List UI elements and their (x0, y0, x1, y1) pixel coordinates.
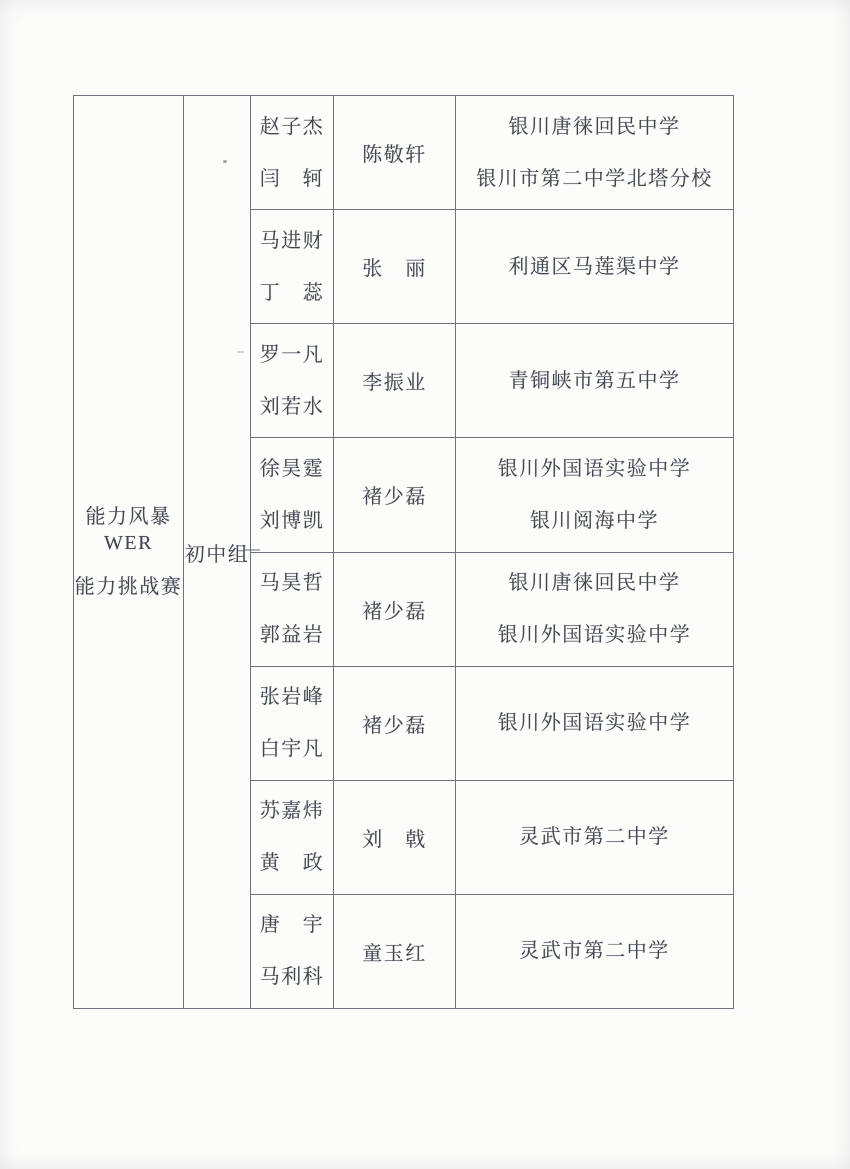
school-name: 银川外国语实验中学 (498, 710, 692, 736)
students-cell: 徐昊霆 刘博凯 (251, 438, 334, 552)
teacher-cell: 李振业 (334, 324, 456, 438)
student-name: 刘博凯 (260, 508, 325, 534)
teacher-cell: 褚少磊 (334, 552, 456, 666)
student-names: 马进财 丁 蕊 (251, 210, 333, 323)
school-name: 银川外国语实验中学 (498, 622, 692, 648)
group-cell: 初中组 (184, 96, 251, 1009)
school-cell: 银川唐徕回民中学 银川外国语实验中学 (456, 552, 734, 666)
student-name: 马利科 (260, 964, 325, 990)
student-names: 赵子杰 闫 轲 (251, 96, 333, 209)
student-name: 罗一凡 (260, 342, 325, 368)
school-cell: 灵武市第二中学 (456, 780, 734, 894)
students-cell: 罗一凡 刘若水 (251, 324, 334, 438)
teacher-cell: 褚少磊 (334, 666, 456, 780)
students-cell: 苏嘉炜 黄 政 (251, 780, 334, 894)
school-name: 灵武市第二中学 (519, 824, 670, 850)
school-names: 灵武市第二中学 (456, 895, 733, 1008)
student-name: 苏嘉炜 (260, 798, 325, 824)
student-name: 丁 蕊 (260, 280, 325, 306)
student-names: 张岩峰 白宇凡 (251, 667, 333, 780)
students-cell: 马昊哲 郭益岩 (251, 552, 334, 666)
student-names: 苏嘉炜 黄 政 (251, 781, 333, 894)
competition-line: 能力风暴WER (74, 504, 183, 556)
student-name: 刘若水 (260, 394, 325, 420)
school-name: 利通区马莲渠中学 (509, 254, 681, 280)
school-names: 银川外国语实验中学 (456, 667, 733, 780)
scanned-document-page: 能力风暴WER 能力挑战赛 初中组 赵子杰 闫 轲 陈敬轩 银川唐徕回民中学 银… (0, 0, 850, 1169)
student-name: 马昊哲 (260, 570, 325, 596)
student-name: 白宇凡 (260, 736, 325, 762)
students-cell: 唐 宇 马利科 (251, 894, 334, 1008)
school-cell: 青铜峡市第五中学 (456, 324, 734, 438)
teacher-cell: 陈敬轩 (334, 96, 456, 210)
student-names: 马昊哲 郭益岩 (251, 553, 333, 666)
teacher-cell: 褚少磊 (334, 438, 456, 552)
table-row: 能力风暴WER 能力挑战赛 初中组 赵子杰 闫 轲 陈敬轩 银川唐徕回民中学 银… (74, 96, 734, 210)
student-name: 张岩峰 (260, 684, 325, 710)
school-cell: 银川外国语实验中学 (456, 666, 734, 780)
student-names: 罗一凡 刘若水 (251, 324, 333, 437)
school-name: 银川唐徕回民中学 (509, 570, 681, 596)
school-names: 利通区马莲渠中学 (456, 210, 733, 323)
student-name: 黄 政 (260, 850, 325, 876)
school-name: 银川唐徕回民中学 (509, 114, 681, 140)
school-names: 银川外国语实验中学 银川阅海中学 (456, 438, 733, 551)
award-table: 能力风暴WER 能力挑战赛 初中组 赵子杰 闫 轲 陈敬轩 银川唐徕回民中学 银… (73, 95, 734, 1009)
student-name: 马进财 (260, 228, 325, 254)
teacher-cell: 童玉红 (334, 894, 456, 1008)
teacher-cell: 刘 戟 (334, 780, 456, 894)
student-name: 唐 宇 (260, 912, 325, 938)
school-name: 银川阅海中学 (530, 508, 659, 534)
school-names: 银川唐徕回民中学 银川市第二中学北塔分校 (456, 96, 733, 209)
students-cell: 张岩峰 白宇凡 (251, 666, 334, 780)
school-cell: 银川外国语实验中学 银川阅海中学 (456, 438, 734, 552)
students-cell: 马进财 丁 蕊 (251, 210, 334, 324)
school-name: 银川市第二中学北塔分校 (476, 166, 713, 192)
school-names: 灵武市第二中学 (456, 781, 733, 894)
school-cell: 利通区马莲渠中学 (456, 210, 734, 324)
student-name: 闫 轲 (260, 166, 325, 192)
students-cell: 赵子杰 闫 轲 (251, 96, 334, 210)
school-cell: 灵武市第二中学 (456, 894, 734, 1008)
student-name: 徐昊霆 (260, 456, 325, 482)
school-name: 银川外国语实验中学 (498, 456, 692, 482)
school-names: 青铜峡市第五中学 (456, 324, 733, 437)
student-names: 唐 宇 马利科 (251, 895, 333, 1008)
competition-cell: 能力风暴WER 能力挑战赛 (74, 96, 184, 1009)
competition-name: 能力风暴WER 能力挑战赛 (74, 96, 183, 1008)
student-name: 赵子杰 (260, 114, 325, 140)
school-cell: 银川唐徕回民中学 银川市第二中学北塔分校 (456, 96, 734, 210)
student-name: 郭益岩 (260, 622, 325, 648)
school-name: 灵武市第二中学 (519, 938, 670, 964)
teacher-cell: 张 丽 (334, 210, 456, 324)
student-names: 徐昊霆 刘博凯 (251, 438, 333, 551)
school-name: 青铜峡市第五中学 (509, 368, 681, 394)
school-names: 银川唐徕回民中学 银川外国语实验中学 (456, 553, 733, 666)
competition-line: 能力挑战赛 (75, 574, 183, 600)
